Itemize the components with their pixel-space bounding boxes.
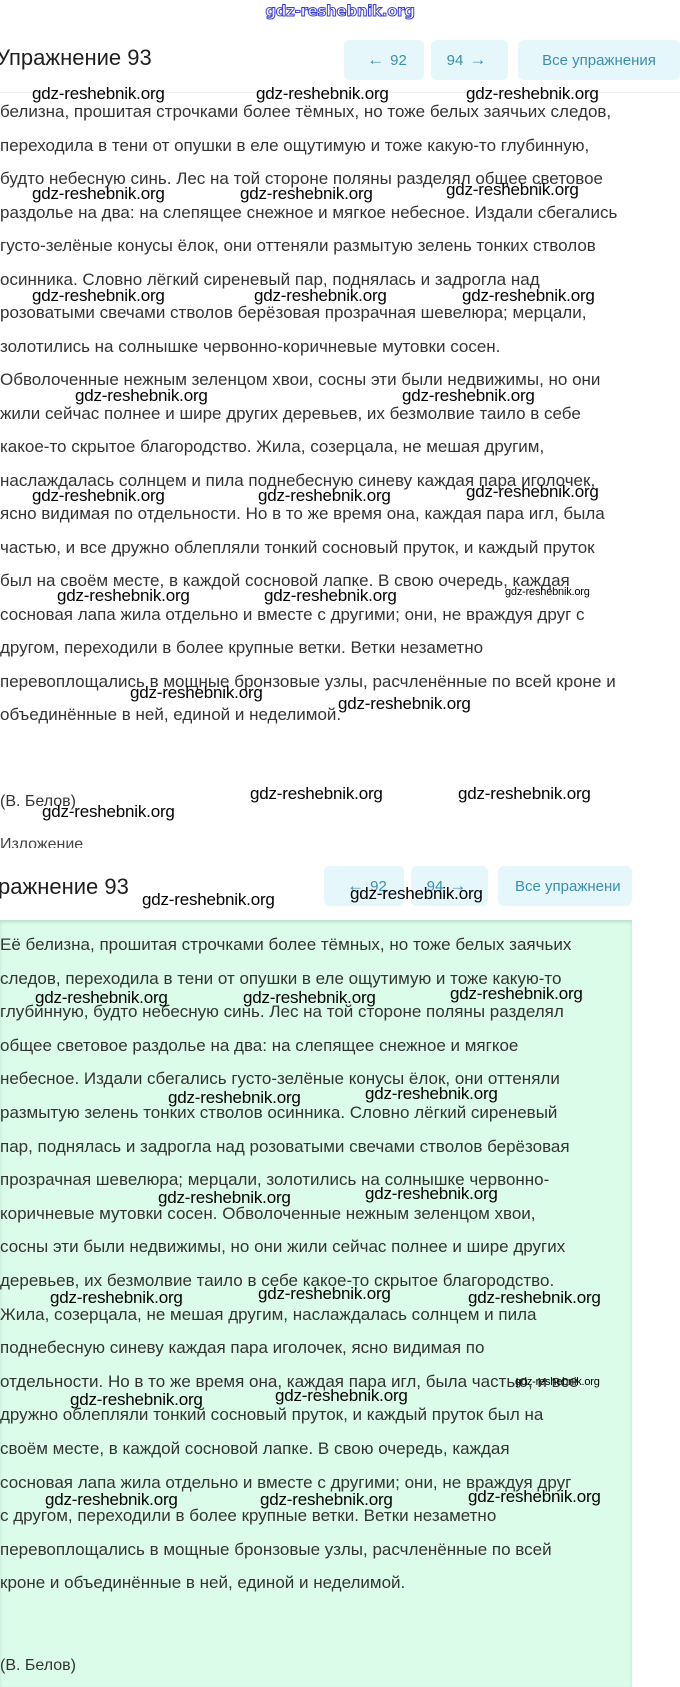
- arrow-right-icon: →: [469, 50, 486, 70]
- watermark: gdz-reshebnik.org: [275, 1386, 408, 1406]
- answer-line: своём месте, в каждой сосновой лапке. В …: [0, 1432, 578, 1466]
- watermark: gdz-reshebnik.org: [446, 180, 579, 200]
- text-line: другом, переходили в более крупные ветки…: [0, 631, 617, 665]
- watermark: gdz-reshebnik.org: [57, 586, 190, 606]
- all-exercises-button[interactable]: Все упражнения: [518, 40, 680, 80]
- watermark: gdz-reshebnik.org: [515, 1376, 600, 1388]
- watermark: gdz-reshebnik.org: [338, 694, 471, 714]
- watermark: gdz-reshebnik.org: [468, 1288, 601, 1308]
- watermark: gdz-reshebnik.org: [466, 84, 599, 104]
- all-exercises-button-2[interactable]: Все упражнени: [498, 866, 632, 906]
- all-exercises-label: Все упражнения: [542, 52, 656, 69]
- watermark: gdz-reshebnik.org: [32, 486, 165, 506]
- watermark: gdz-reshebnik.org: [450, 984, 583, 1004]
- watermark: gdz-reshebnik.org: [402, 386, 535, 406]
- answer-line: перевоплощались в мощные бронзовые узлы,…: [0, 1533, 578, 1567]
- watermark: gdz-reshebnik.org: [258, 486, 391, 506]
- watermark: gdz-reshebnik.org: [45, 1490, 178, 1510]
- page-title-2: ражнение 93: [0, 874, 129, 900]
- text-line: золотились на солнышке червонно-коричнев…: [0, 330, 617, 364]
- watermark: gdz-reshebnik.org: [256, 84, 389, 104]
- answer-author-credit: (В. Белов): [0, 1657, 76, 1675]
- page-title: Упражнение 93: [0, 45, 152, 71]
- text-line: объединённые в ней, единой и неделимой.: [0, 698, 617, 732]
- watermark: gdz-reshebnik.org: [130, 683, 263, 703]
- watermark: gdz-reshebnik.org: [240, 184, 373, 204]
- all-exercises-label-2: Все упражнени: [515, 878, 621, 895]
- watermark: gdz-reshebnik.org: [32, 84, 165, 104]
- watermark: gdz-reshebnik.org: [254, 286, 387, 306]
- watermark: gdz-reshebnik.org: [50, 1288, 183, 1308]
- arrow-left-icon: ←: [367, 50, 384, 70]
- watermark: gdz-reshebnik.org: [466, 482, 599, 502]
- next-exercise-label: 94: [447, 52, 464, 69]
- answer-line: кроне и объединённые в ней, единой и нед…: [0, 1566, 578, 1600]
- watermark: gdz-reshebnik.org: [142, 890, 275, 910]
- answer-line: поднебесную синеву каждая пара иголочек,…: [0, 1331, 578, 1365]
- watermark: gdz-reshebnik.org: [468, 1487, 601, 1507]
- watermark: gdz-reshebnik.org: [365, 1084, 498, 1104]
- watermark: gdz-reshebnik.org: [158, 1188, 291, 1208]
- section-label-izlozhenie: Изложение: [0, 836, 83, 848]
- watermark: gdz-reshebnik.org: [75, 386, 208, 406]
- prev-exercise-label: 92: [390, 52, 407, 69]
- text-line: частью, и все дружно облепляли тонкий со…: [0, 531, 617, 565]
- watermark: gdz-reshebnik.org: [350, 884, 483, 904]
- text-line: переходила в тени от опушки в еле ощутим…: [0, 129, 617, 163]
- watermark: gdz-reshebnik.org: [243, 988, 376, 1008]
- prev-exercise-button[interactable]: ← 92: [344, 40, 424, 80]
- exercise-header-2: ражнение 93: [0, 865, 129, 909]
- watermark: gdz-reshebnik.org: [250, 784, 383, 804]
- watermark: gdz-reshebnik.org: [505, 586, 590, 598]
- watermark: gdz-reshebnik.org: [264, 586, 397, 606]
- answer-line: Её белизна, прошитая строчками более тём…: [0, 928, 578, 962]
- watermark: gdz-reshebnik.org: [462, 286, 595, 306]
- watermark: gdz-reshebnik.org: [365, 1184, 498, 1204]
- watermark: gdz-reshebnik.org: [258, 1284, 391, 1304]
- watermark: gdz-reshebnik.org: [32, 184, 165, 204]
- exercise-text: белизна, прошитая строчками более тёмных…: [0, 93, 680, 845]
- answer-line: общее световое раздолье на два: на слепя…: [0, 1029, 578, 1063]
- answer-line: сосны эти были недвижимы, но они жили се…: [0, 1230, 578, 1264]
- text-line: густо-зелёные конусы ёлок, они оттеняли …: [0, 229, 617, 263]
- watermark: gdz-reshebnik.org: [35, 988, 168, 1008]
- exercise-header: Упражнение 93: [0, 36, 152, 80]
- text-line: перевоплощались в мощные бронзовые узлы,…: [0, 665, 617, 699]
- watermark: gdz-reshebnik.org: [42, 802, 175, 822]
- answer-line: пар, поднялась и задрогла над розоватыми…: [0, 1130, 578, 1164]
- text-line: какое-то скрытое благородство. Жила, соз…: [0, 430, 617, 464]
- watermark: gdz-reshebnik.org: [70, 1390, 203, 1410]
- site-watermark-top: gdz-reshebnik.org: [0, 2, 680, 20]
- next-exercise-button[interactable]: 94 →: [431, 40, 508, 80]
- watermark: gdz-reshebnik.org: [32, 286, 165, 306]
- watermark: gdz-reshebnik.org: [458, 784, 591, 804]
- watermark: gdz-reshebnik.org: [260, 1490, 393, 1510]
- watermark: gdz-reshebnik.org: [168, 1088, 301, 1108]
